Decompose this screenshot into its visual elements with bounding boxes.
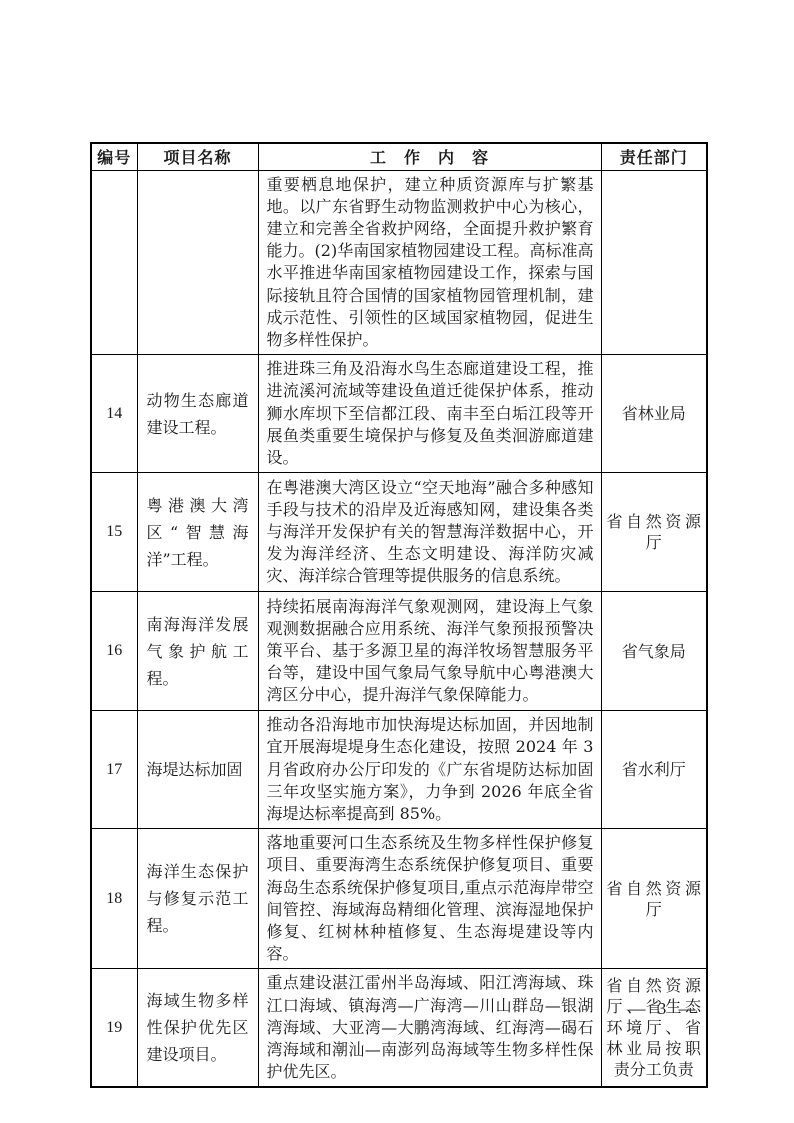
cell-department: 省气象局 <box>601 592 707 711</box>
cell-id: 14 <box>91 355 137 473</box>
header-project-name: 项目名称 <box>137 143 258 170</box>
header-id: 编号 <box>91 143 137 170</box>
cell-id: 15 <box>91 473 137 592</box>
cell-id: 18 <box>91 829 137 969</box>
cell-project-name: 南海海洋发展气象护航工程。 <box>137 592 258 711</box>
cell-department: 省自然资源厅、省生态环境厅、省林业局按职责分工负责 <box>601 969 707 1088</box>
cell-project-name: 动物生态廊道建设工程。 <box>137 355 258 473</box>
cell-department: 省林业局 <box>601 355 707 473</box>
work-plan-table: 编号 项目名称 工 作 内 容 责任部门 重要栖息地保护，建立种质资源库与扩繁基… <box>90 142 708 1088</box>
document-page: 编号 项目名称 工 作 内 容 责任部门 重要栖息地保护，建立种质资源库与扩繁基… <box>0 0 794 1123</box>
table-row: 19 海域生物多样性保护优先区建设项目。 重点建设湛江雷州半岛海域、阳江湾海域、… <box>91 969 707 1088</box>
cell-department: 省自然资源厅 <box>601 473 707 592</box>
cell-work-content: 推进珠三角及沿海水鸟生态廊道建设工程，推进流溪河流域等建设鱼道迁徙保护体系，推动… <box>258 355 601 473</box>
cell-work-content: 在粤港澳大湾区设立“空天地海”融合多种感知手段与技术的沿岸及近海感知网，建设集各… <box>258 473 601 592</box>
header-work-content: 工 作 内 容 <box>258 143 601 170</box>
table-row: 16 南海海洋发展气象护航工程。 持续拓展南海海洋气象观测网，建设海上气象观测数… <box>91 592 707 711</box>
cell-work-content: 推动各沿海地市加快海堤达标加固，并因地制宜开展海堤堤身生态化建设，按照 2024… <box>258 711 601 829</box>
cell-id <box>91 170 137 355</box>
cell-id: 16 <box>91 592 137 711</box>
cell-work-content: 重要栖息地保护，建立种质资源库与扩繁基地。以广东省野生动物监测救护中心为核心，建… <box>258 170 601 355</box>
cell-department <box>601 170 707 355</box>
table-row: 重要栖息地保护，建立种质资源库与扩繁基地。以广东省野生动物监测救护中心为核心，建… <box>91 170 707 355</box>
cell-work-content: 重点建设湛江雷州半岛海域、阳江湾海域、珠江口海域、镇海湾—广海湾—川山群岛—银湖… <box>258 969 601 1088</box>
cell-work-content: 落地重要河口生态系统及生物多样性保护修复项目、重要海湾生态系统保护修复项目、重要… <box>258 829 601 969</box>
cell-project-name: 海堤达标加固 <box>137 711 258 829</box>
cell-department: 省水利厅 <box>601 711 707 829</box>
cell-project-name: 粤港澳大湾区“智慧海洋”工程。 <box>137 473 258 592</box>
table-row: 18 海洋生态保护与修复示范工程。 落地重要河口生态系统及生物多样性保护修复项目… <box>91 829 707 969</box>
cell-id: 17 <box>91 711 137 829</box>
cell-project-name: 海洋生态保护与修复示范工程。 <box>137 829 258 969</box>
cell-department: 省自然资源厅 <box>601 829 707 969</box>
header-department: 责任部门 <box>601 143 707 170</box>
table-row: 14 动物生态廊道建设工程。 推进珠三角及沿海水鸟生态廊道建设工程，推进流溪河流… <box>91 355 707 473</box>
table-header-row: 编号 项目名称 工 作 内 容 责任部门 <box>91 143 707 170</box>
page-number: — 3 — <box>622 999 706 1019</box>
cell-id: 19 <box>91 969 137 1088</box>
table-row: 15 粤港澳大湾区“智慧海洋”工程。 在粤港澳大湾区设立“空天地海”融合多种感知… <box>91 473 707 592</box>
cell-work-content: 持续拓展南海海洋气象观测网，建设海上气象观测数据融合应用系统、海洋气象预报预警决… <box>258 592 601 711</box>
cell-project-name <box>137 170 258 355</box>
table-row: 17 海堤达标加固 推动各沿海地市加快海堤达标加固，并因地制宜开展海堤堤身生态化… <box>91 711 707 829</box>
cell-project-name: 海域生物多样性保护优先区建设项目。 <box>137 969 258 1088</box>
